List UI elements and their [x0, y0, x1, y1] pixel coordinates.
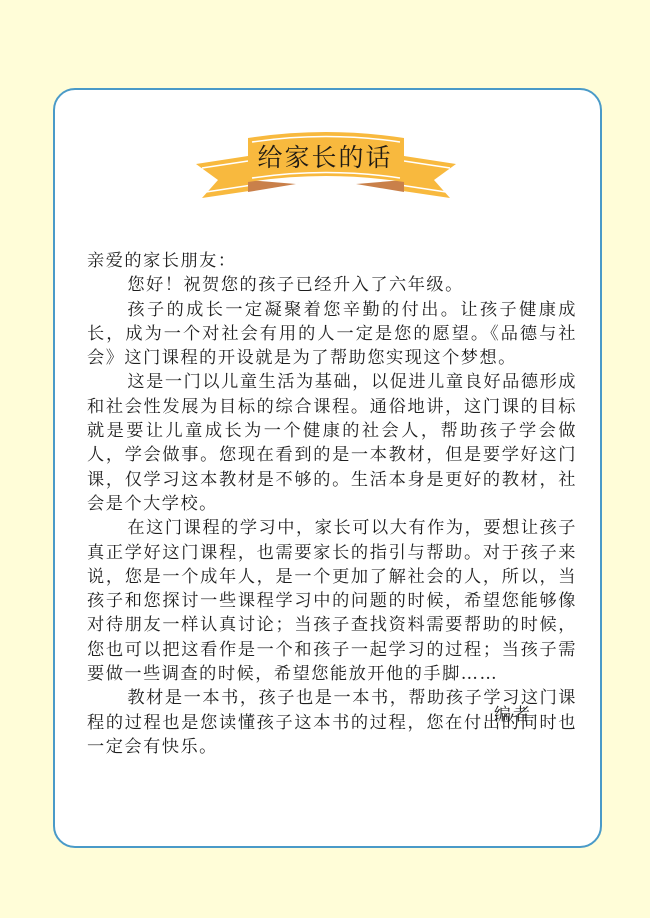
letter-body: 亲爱的家长朋友： 您好！祝贺您的孩子已经升入了六年级。 孩子的成长一定凝聚着您辛… [87, 249, 577, 759]
paragraph-3: 这是一门以儿童生活为基础，以促进儿童良好品德形成和社会性发展为目标的综合课程。通… [87, 370, 577, 516]
paragraph-1: 您好！祝贺您的孩子已经升入了六年级。 [87, 273, 577, 297]
salutation: 亲爱的家长朋友： [87, 249, 577, 273]
signature: 编者 [494, 700, 532, 725]
page-title: 给家长的话 [245, 140, 405, 176]
paragraph-2: 孩子的成长一定凝聚着您辛勤的付出。让孩子健康成长，成为一个对社会有用的人一定是您… [87, 298, 577, 371]
paragraph-4: 在这门课程的学习中，家长可以大有作为，要想让孩子真正学好这门课程，也需要家长的指… [87, 516, 577, 686]
